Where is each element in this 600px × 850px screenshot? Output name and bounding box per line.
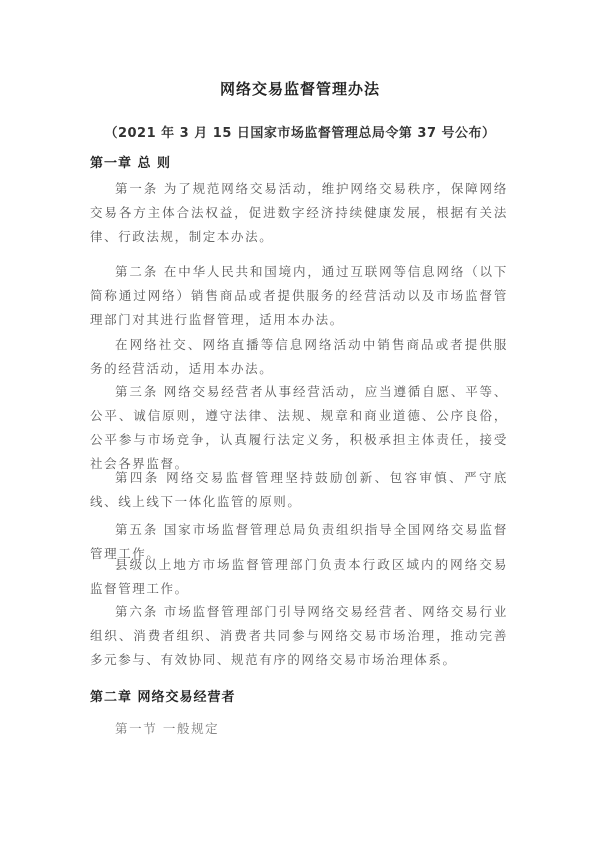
- section-1-heading: 第一节 一般规定: [90, 719, 508, 737]
- document-subtitle: （2021 年 3 月 15 日国家市场监督管理总局令第 37 号公布）: [0, 122, 600, 141]
- article-2-para-2: 在网络社交、网络直播等信息网络活动中销售商品或者提供服务的经营活动，适用本办法。: [90, 333, 508, 381]
- chapter-1-heading: 第一章 总 则: [90, 152, 508, 171]
- chapter-2-heading: 第二章 网络交易经营者: [90, 686, 508, 705]
- article-5-para-2: 县级以上地方市场监督管理部门负责本行政区域内的网络交易监督管理工作。: [90, 553, 508, 601]
- article-4: 第四条 网络交易监督管理坚持鼓励创新、包容审慎、严守底线、线上线下一体化监管的原…: [90, 466, 508, 514]
- article-3: 第三条 网络交易经营者从事经营活动，应当遵循自愿、平等、公平、诚信原则，遵守法律…: [90, 380, 508, 476]
- article-1: 第一条 为了规范网络交易活动，维护网络交易秩序，保障网络交易各方主体合法权益，促…: [90, 177, 508, 249]
- article-2: 第二条 在中华人民共和国境内，通过互联网等信息网络（以下简称通过网络）销售商品或…: [90, 260, 508, 332]
- article-6: 第六条 市场监督管理部门引导网络交易经营者、网络交易行业组织、消费者组织、消费者…: [90, 600, 508, 672]
- document-title: 网络交易监督管理办法: [0, 78, 600, 99]
- document-page: 网络交易监督管理办法 （2021 年 3 月 15 日国家市场监督管理总局令第 …: [0, 0, 600, 850]
